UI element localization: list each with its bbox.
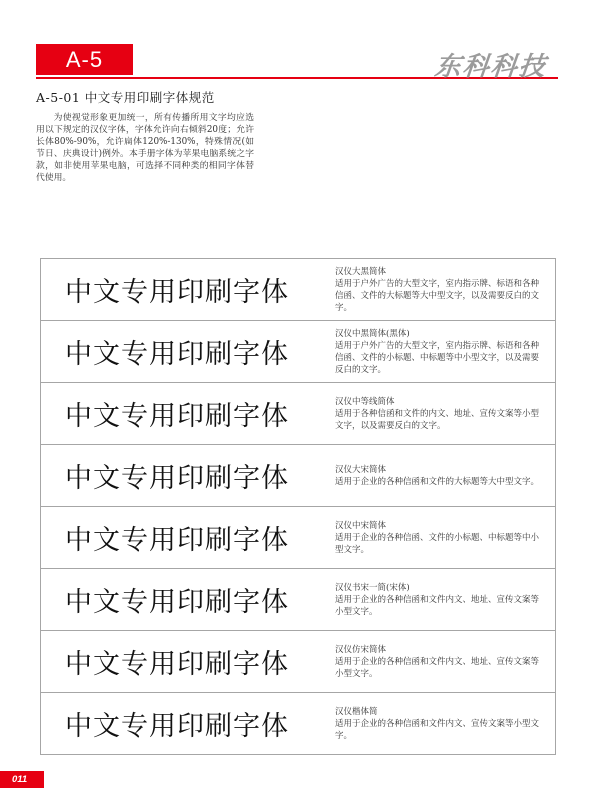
intro-paragraph: 为使视觉形象更加统一，所有传播所用文字均应选用以下规定的汉仪字体，字体允许向右倾… <box>36 112 254 184</box>
font-description: 汉仪中黑简体(黑体) 适用于户外广告的大型文字，室内指示牌、标语和各种信函、文件… <box>335 328 555 376</box>
table-row: 中文专用印刷字体 汉仪中宋简体 适用于企业的各种信函、文件的小标题、中标题等中小… <box>41 507 555 569</box>
font-sample-text: 中文专用印刷字体 <box>41 518 335 557</box>
table-row: 中文专用印刷字体 汉仪书宋一简(宋体) 适用于企业的各种信函和文件内文、地址、宣… <box>41 569 555 631</box>
font-usage-text: 适用于企业的各种信函和文件内文、宣传文案等小型文字。 <box>335 719 539 741</box>
font-description: 汉仪楷体简 适用于企业的各种信函和文件内文、宣传文案等小型文字。 <box>335 706 555 742</box>
page-title: A-5-01 中文专用印刷字体规范 <box>36 88 215 106</box>
font-usage-text: 适用于企业的各种信函、文件的小标题、中标题等中小型文字。 <box>335 533 539 555</box>
font-sample-text: 中文专用印刷字体 <box>41 642 335 681</box>
font-usage-text: 适用于企业的各种信函和文件内文、地址、宣传文案等小型文字。 <box>335 657 539 679</box>
font-name-label: 汉仪中等线简体 <box>335 396 543 408</box>
table-row: 中文专用印刷字体 汉仪中等线简体 适用于各种信函和文件的内文、地址、宣传文案等小… <box>41 383 555 445</box>
font-usage-text: 适用于各种信函和文件的内文、地址、宣传文案等小型文字，以及需要反白的文字。 <box>335 409 539 431</box>
font-usage-text: 适用于企业的各种信函和文件内文、地址、宣传文案等小型文字。 <box>335 595 539 617</box>
section-code-badge: A-5 <box>36 44 133 75</box>
font-table: 中文专用印刷字体 汉仪大黑简体 适用于户外广告的大型文字，室内指示牌、标语和各种… <box>40 258 556 755</box>
font-description: 汉仪大黑简体 适用于户外广告的大型文字，室内指示牌、标语和各种信函、文件的大标题… <box>335 266 555 314</box>
font-sample-text: 中文专用印刷字体 <box>41 456 335 495</box>
font-name-label: 汉仪书宋一简(宋体) <box>335 582 543 594</box>
font-sample-text: 中文专用印刷字体 <box>41 580 335 619</box>
page-number-label: 011 <box>12 774 27 785</box>
table-row: 中文专用印刷字体 汉仪中黑简体(黑体) 适用于户外广告的大型文字，室内指示牌、标… <box>41 321 555 383</box>
font-usage-text: 适用于户外广告的大型文字，室内指示牌、标语和各种信函、文件的大标题等大中型文字，… <box>335 279 539 313</box>
font-description: 汉仪中等线简体 适用于各种信函和文件的内文、地址、宣传文案等小型文字，以及需要反… <box>335 396 555 432</box>
font-name-label: 汉仪中黑简体(黑体) <box>335 328 543 340</box>
font-name-label: 汉仪楷体简 <box>335 706 543 718</box>
font-sample-text: 中文专用印刷字体 <box>41 332 335 371</box>
font-name-label: 汉仪大黑简体 <box>335 266 543 278</box>
font-sample-text: 中文专用印刷字体 <box>41 270 335 309</box>
font-sample-text: 中文专用印刷字体 <box>41 394 335 433</box>
font-name-label: 汉仪中宋简体 <box>335 520 543 532</box>
font-description: 汉仪大宋简体 适用于企业的各种信函和文件的大标题等大中型文字。 <box>335 464 555 488</box>
company-logo: 东科科技 <box>433 46 549 83</box>
font-sample-text: 中文专用印刷字体 <box>41 704 335 743</box>
font-description: 汉仪中宋简体 适用于企业的各种信函、文件的小标题、中标题等中小型文字。 <box>335 520 555 556</box>
table-row: 中文专用印刷字体 汉仪大黑简体 适用于户外广告的大型文字，室内指示牌、标语和各种… <box>41 259 555 321</box>
table-row: 中文专用印刷字体 汉仪楷体简 适用于企业的各种信函和文件内文、宣传文案等小型文字… <box>41 693 555 755</box>
font-name-label: 汉仪仿宋简体 <box>335 644 543 656</box>
table-row: 中文专用印刷字体 汉仪大宋简体 适用于企业的各种信函和文件的大标题等大中型文字。 <box>41 445 555 507</box>
font-description: 汉仪书宋一简(宋体) 适用于企业的各种信函和文件内文、地址、宣传文案等小型文字。 <box>335 582 555 618</box>
section-code-label: A-5 <box>66 47 103 73</box>
table-row: 中文专用印刷字体 汉仪仿宋简体 适用于企业的各种信函和文件内文、地址、宣传文案等… <box>41 631 555 693</box>
font-name-label: 汉仪大宋简体 <box>335 464 543 476</box>
font-usage-text: 适用于户外广告的大型文字，室内指示牌、标语和各种信函、文件的小标题、中标题等中小… <box>335 341 539 375</box>
font-description: 汉仪仿宋简体 适用于企业的各种信函和文件内文、地址、宣传文案等小型文字。 <box>335 644 555 680</box>
font-usage-text: 适用于企业的各种信函和文件的大标题等大中型文字。 <box>335 477 539 487</box>
page-number-badge: 011 <box>0 771 44 788</box>
